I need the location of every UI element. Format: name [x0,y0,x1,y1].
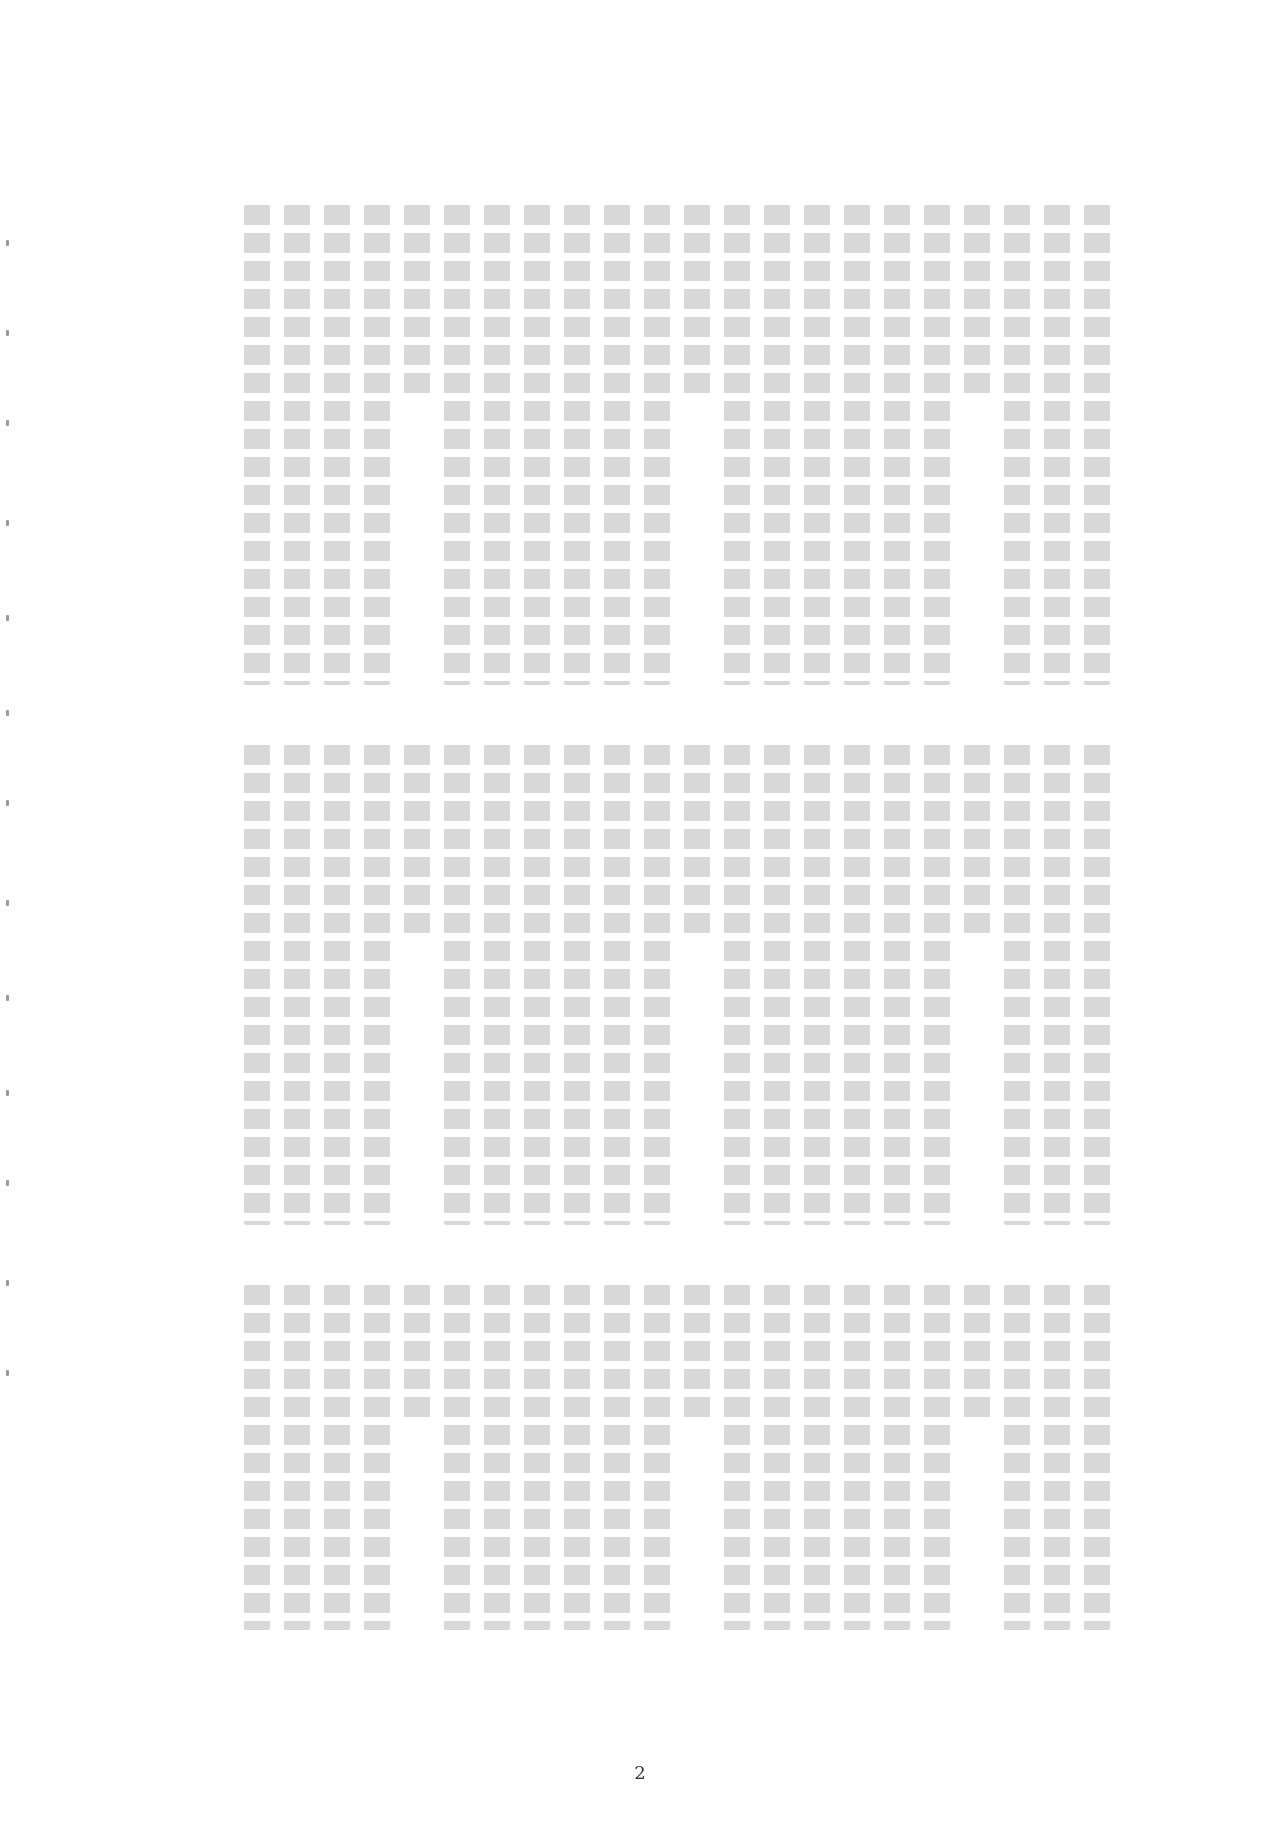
placeholder-text-column [404,745,430,937]
placeholder-text-column [724,745,750,1225]
placeholder-text-column [524,1285,550,1630]
placeholder-text-column [364,205,390,685]
placeholder-text-column [844,1285,870,1630]
placeholder-text-column [524,205,550,685]
placeholder-text-column [324,745,350,1225]
placeholder-text-column [1044,1285,1070,1630]
placeholder-text-column [1044,205,1070,685]
placeholder-text-column [604,205,630,685]
placeholder-text-column [884,745,910,1225]
placeholder-text-column [644,205,670,685]
placeholder-text-column [684,1285,710,1423]
placeholder-text-column [1084,205,1110,685]
placeholder-text-column [1084,745,1110,1225]
placeholder-text-column [924,1285,950,1630]
placeholder-text-column [724,1285,750,1630]
placeholder-text-column [964,1285,990,1423]
placeholder-text-column [484,205,510,685]
placeholder-text-column [564,745,590,1225]
placeholder-text-column [244,1285,270,1630]
placeholder-text-column [924,205,950,685]
placeholder-text-column [404,1285,430,1423]
placeholder-text-column [884,1285,910,1630]
text-tier-bottom [230,1285,1110,1630]
placeholder-text-column [284,1285,310,1630]
placeholder-text-column [404,205,430,397]
text-tier-middle [230,745,1110,1225]
placeholder-text-column [564,1285,590,1630]
placeholder-text-column [884,205,910,685]
placeholder-text-column [764,745,790,1225]
placeholder-text-column [1004,745,1030,1225]
placeholder-text-column [1004,1285,1030,1630]
placeholder-text-column [644,745,670,1225]
placeholder-text-column [484,745,510,1225]
placeholder-text-column [764,1285,790,1630]
placeholder-text-column [924,745,950,1225]
placeholder-text-column [324,1285,350,1630]
placeholder-text-column [444,1285,470,1630]
placeholder-text-column [684,745,710,937]
placeholder-text-column [364,1285,390,1630]
placeholder-text-column [724,205,750,685]
placeholder-text-column [564,205,590,685]
placeholder-text-column [284,745,310,1225]
text-tier-top [230,205,1110,685]
placeholder-text-column [684,205,710,397]
placeholder-text-column [1044,745,1070,1225]
placeholder-text-column [244,745,270,1225]
scan-edge-marks [0,0,14,1825]
placeholder-text-column [604,1285,630,1630]
placeholder-text-column [844,205,870,685]
placeholder-text-column [804,745,830,1225]
page-number: 2 [0,1763,1280,1784]
placeholder-text-column [804,205,830,685]
placeholder-text-column [964,205,990,397]
placeholder-text-column [444,205,470,685]
placeholder-text-column [364,745,390,1225]
placeholder-text-column [324,205,350,685]
placeholder-text-column [1084,1285,1110,1630]
placeholder-text-column [244,205,270,685]
placeholder-text-column [1004,205,1030,685]
placeholder-text-column [604,745,630,1225]
placeholder-text-column [524,745,550,1225]
placeholder-text-column [844,745,870,1225]
placeholder-text-column [484,1285,510,1630]
placeholder-text-column [444,745,470,1225]
placeholder-text-column [964,745,990,937]
placeholder-text-column [644,1285,670,1630]
placeholder-text-column [804,1285,830,1630]
placeholder-text-column [284,205,310,685]
placeholder-text-column [764,205,790,685]
